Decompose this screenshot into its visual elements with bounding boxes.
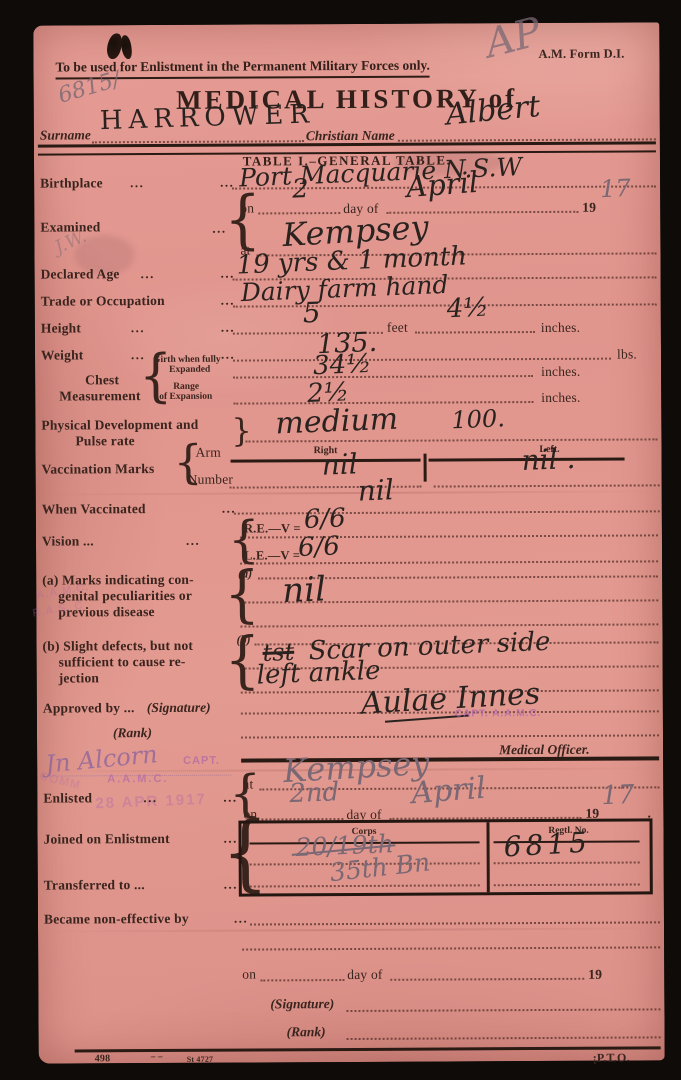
leader-dots: ... xyxy=(143,790,157,806)
bottom-signature-line xyxy=(346,1008,660,1012)
corps-table-divider xyxy=(486,822,489,892)
bottom-rank-line xyxy=(347,1036,661,1040)
transferred-label: Transferred to ... xyxy=(44,877,145,894)
blank-day-line xyxy=(260,979,344,981)
girth-line xyxy=(233,375,533,379)
paper-crease xyxy=(36,490,662,495)
leader-dots: ... xyxy=(186,533,200,549)
signature-label: (Signature) xyxy=(147,700,211,716)
examined-year-value: 17 xyxy=(600,174,632,203)
non-effective-line-2 xyxy=(242,946,660,950)
leader-dots: ... xyxy=(131,320,145,336)
christian-name-label: Christian Name xyxy=(306,128,395,144)
footer-series-number: 498 xyxy=(95,1053,111,1064)
when-vaccinated-value: nil xyxy=(357,473,394,507)
enlisted-month-value: April xyxy=(410,771,487,811)
blank-month-line xyxy=(390,978,584,981)
pulse-value: 100. xyxy=(451,404,506,434)
capt-aamc-stamp: CAPT. A.A.M.C. xyxy=(455,708,541,719)
height-label: Height xyxy=(41,320,81,336)
height-inches-value: 4½ xyxy=(446,293,489,325)
medical-officer-label: Medical Officer. xyxy=(499,742,590,758)
on-label: on xyxy=(242,966,256,982)
item-b-label-2: sufficient to cause re- xyxy=(59,654,186,671)
signature-label: (Signature) xyxy=(270,996,334,1012)
arm-label: Arm xyxy=(195,445,220,461)
corps-line-2 xyxy=(250,884,480,887)
physical-label-2: Pulse rate xyxy=(75,433,134,449)
when-vaccinated-line xyxy=(234,510,660,514)
non-effective-line-1 xyxy=(250,921,660,925)
physical-label-1: Physical Development and xyxy=(41,417,198,434)
leader-dots: ... xyxy=(234,911,248,927)
inches-label: inches. xyxy=(541,364,580,380)
margin-rank-stamp: CAPT. xyxy=(183,755,220,767)
when-vaccinated-label: When Vaccinated xyxy=(42,501,146,518)
day-of-label: day of xyxy=(347,967,382,983)
year-prefix: 19 xyxy=(582,200,596,216)
item-a-line-3 xyxy=(240,623,658,627)
form-paper: A.M. Form D.I. AP To be used for Enlistm… xyxy=(33,22,664,1063)
examined-month-value: April xyxy=(405,165,479,204)
enlisted-year-value: 17 xyxy=(601,780,635,811)
enlisted-label: Enlisted xyxy=(43,790,92,806)
weight-line xyxy=(233,358,611,362)
non-effective-label: Became non-effective by xyxy=(44,911,189,928)
ink-blot xyxy=(120,35,133,60)
christian-name-value: Albert xyxy=(444,89,541,133)
vaccination-right-value: nil xyxy=(321,447,358,481)
pto-label: ¡P.T.O. xyxy=(593,1051,630,1066)
inches-label: inches. xyxy=(541,390,580,406)
height-inches-line xyxy=(415,331,535,334)
scanned-form-photo: A.M. Form D.I. AP To be used for Enlistm… xyxy=(0,0,681,1080)
at-label: at xyxy=(243,777,253,793)
vision-label: Vision ... xyxy=(42,533,94,549)
item-b-label-3: jection xyxy=(59,670,99,686)
item-a-tag: (a) xyxy=(238,567,252,582)
vaccination-label: Vaccination Marks xyxy=(42,461,155,478)
examined-day-value: 2 xyxy=(292,174,310,205)
footer-print-code: St 4727 xyxy=(187,1055,214,1064)
feet-label: feet xyxy=(387,320,408,336)
height-feet-value: 5 xyxy=(302,296,321,330)
approved-label: Approved by ... xyxy=(43,700,135,716)
item-b-value-2: left ankle xyxy=(256,656,381,691)
rank-line xyxy=(241,734,659,738)
form-code: A.M. Form D.I. xyxy=(538,47,624,62)
on-label: on xyxy=(240,200,254,216)
declared-age-label: Declared Age xyxy=(41,266,120,282)
regtl-line-2 xyxy=(494,883,640,886)
brace: { xyxy=(224,190,261,249)
year-prefix: 19 xyxy=(588,967,602,983)
left-eye-value: 6/6 xyxy=(297,531,340,563)
number-label: Number xyxy=(188,472,234,488)
corps-table: Corps Regtl. No. 20/19th 35th Bn 6815 xyxy=(238,818,652,896)
lbs-label: lbs. xyxy=(617,346,637,362)
girth-label-2: Expanded xyxy=(169,365,210,376)
regtl-number-value: 6815 xyxy=(503,825,592,863)
paper-crease xyxy=(38,927,664,932)
girth-value: 34½ xyxy=(312,349,371,381)
surname-value: HARROWER xyxy=(99,99,315,136)
chest-label-2: Measurement xyxy=(59,388,141,404)
item-b-tag: (b) xyxy=(236,633,250,648)
right-eye-label: R.E.—V = xyxy=(244,521,301,536)
weight-label: Weight xyxy=(41,347,84,363)
rank-label: (Rank) xyxy=(113,725,152,741)
range-label-2: of Expansion xyxy=(159,392,212,403)
joined-label: Joined on Enlistment xyxy=(44,831,170,848)
item-b-label-1: (b) Slight defects, but not xyxy=(42,638,193,655)
margin-unit-stamp: A.A.M.C. xyxy=(107,773,168,785)
vaccination-left-value: nil . xyxy=(521,442,576,477)
item-a-value: nil xyxy=(281,569,326,611)
surname-label: Surname xyxy=(40,127,91,143)
enlisted-day-value: 2nd xyxy=(289,777,340,809)
column-divider xyxy=(424,454,427,482)
leader-dots: ... xyxy=(130,175,144,191)
right-eye-value: 6/6 xyxy=(303,503,346,535)
physical-value: medium xyxy=(275,402,399,442)
pencil-monogram: AP xyxy=(481,9,546,67)
leader-dots: ... xyxy=(141,266,155,282)
footer-mark: – – xyxy=(151,1051,163,1061)
number-line-left xyxy=(434,484,660,487)
chest-label-1: Chest xyxy=(85,372,119,388)
birthplace-label: Birthplace xyxy=(40,175,103,191)
inches-label: inches. xyxy=(541,320,580,336)
trade-label: Trade or Occupation xyxy=(41,293,165,310)
rank-label: (Rank) xyxy=(287,1024,326,1040)
